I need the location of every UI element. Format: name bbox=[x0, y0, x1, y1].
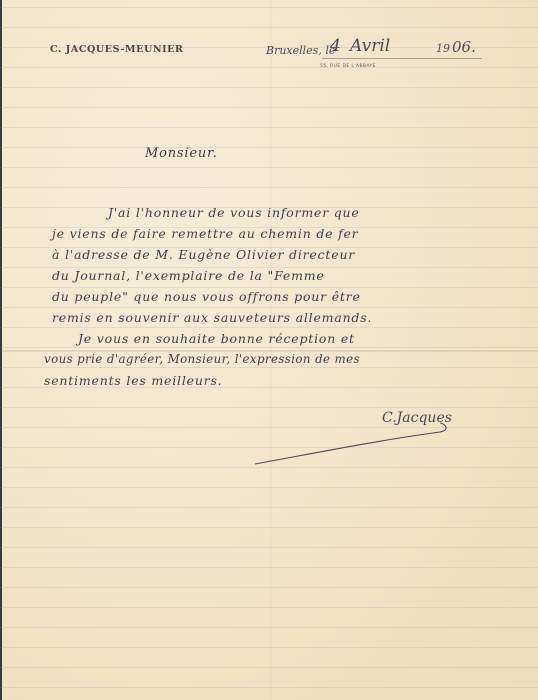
letterhead-name: C. JACQUES-MEUNIER bbox=[50, 44, 184, 55]
letter-line: J'ai l'honneur de vous informer que bbox=[108, 205, 360, 220]
letterhead-address: 55, RUE DE L'ABBAYE bbox=[320, 64, 376, 69]
dateline-day: 4 bbox=[330, 36, 341, 56]
letter-line: je viens de faire remettre au chemin de … bbox=[52, 226, 359, 241]
salutation: Monsieur. bbox=[145, 146, 218, 161]
letter-line: du peuple" que nous vous offrons pour êt… bbox=[52, 289, 361, 304]
dateline-year: 06. bbox=[452, 38, 476, 56]
letter-line: sentiments les meilleurs. bbox=[44, 373, 222, 388]
dateline-month: Avril bbox=[350, 36, 390, 56]
dateline-place: Bruxelles, le bbox=[266, 44, 335, 57]
dateline-year-prefix: 19 bbox=[436, 42, 450, 55]
letter-line: à l'adresse de M. Eugène Olivier directe… bbox=[52, 247, 355, 262]
letter-line: remis en souvenir aux sauveteurs alleman… bbox=[52, 310, 372, 325]
signature-flourish bbox=[250, 420, 460, 470]
dateline-underline bbox=[322, 58, 482, 59]
letter-line: du Journal, l'exemplaire de la "Femme bbox=[52, 268, 325, 283]
letter-line: vous prie d'agréer, Monsieur, l'expressi… bbox=[44, 352, 360, 366]
dateline: Bruxelles, le 4 Avril 19 06. bbox=[266, 36, 506, 60]
letter-line: Je vous en souhaite bonne réception et bbox=[78, 331, 355, 346]
